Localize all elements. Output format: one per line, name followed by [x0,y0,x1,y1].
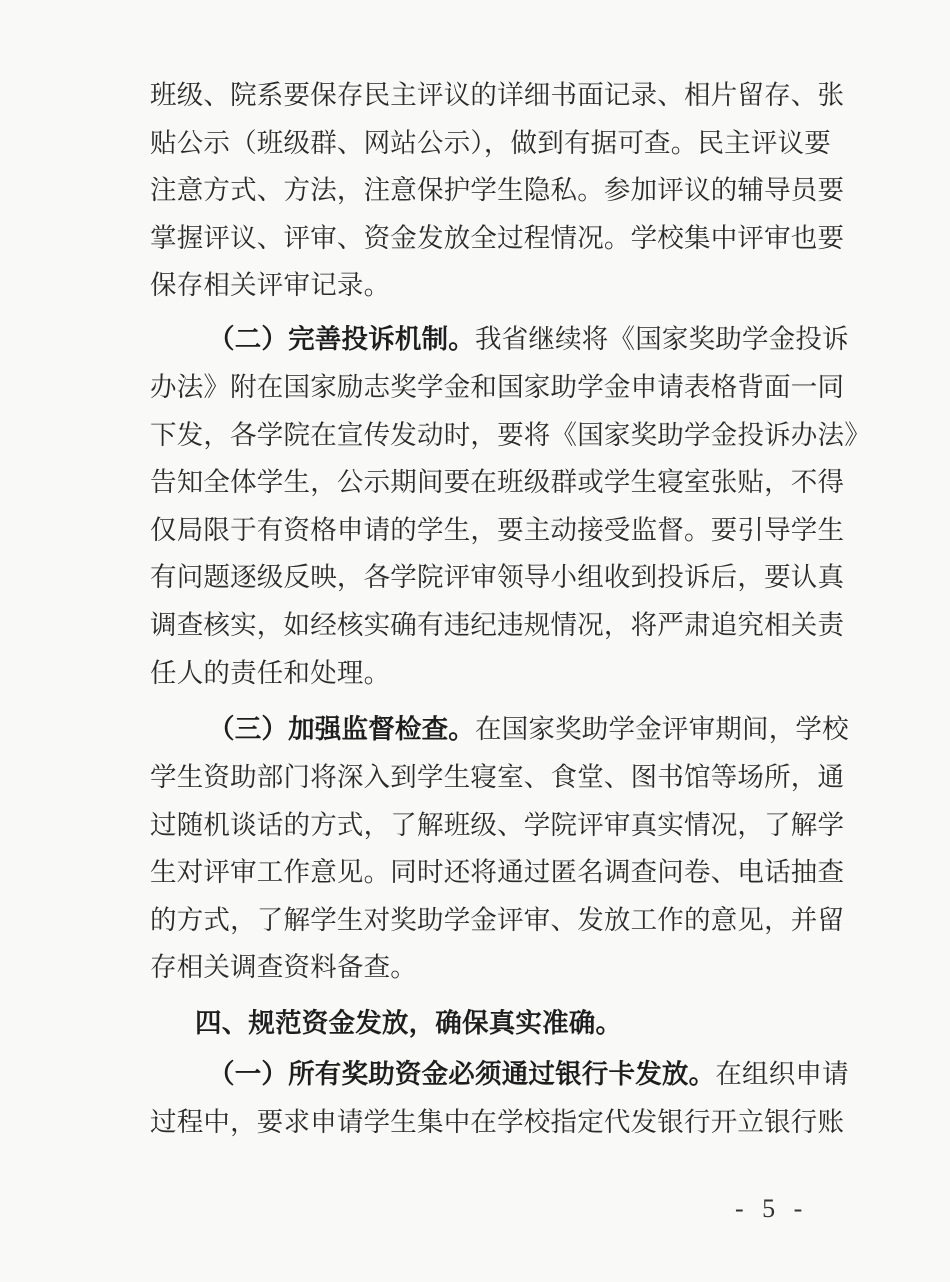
text-line: 办法》附在国家励志奖学金和国家助学金申请表格背面一同 [150,368,810,408]
subsection-heading: （一）所有奖助资金必须通过银行卡发放。 [208,1059,715,1090]
text-line: 贴公示（班级群、网站公示），做到有据可查。民主评议要 [150,124,810,164]
text-run: 在组织申请 [715,1059,849,1090]
subsection-heading: （三）加强监督检查。 [208,714,475,745]
subsection-heading: （二）完善投诉机制。 [208,324,475,355]
page-number: - 5 - [735,1194,808,1224]
text-line: 过程中，要求申请学生集中在学校指定代发银行开立银行账 [150,1103,810,1143]
paragraph-first-line: （一）所有奖助资金必须通过银行卡发放。在组织申请 [208,1055,868,1095]
document-page: 班级、院系要保存民主评议的详细书面记录、相片留存、张 贴公示（班级群、网站公示）… [0,0,950,1282]
text-line: 的方式，了解学生对奖助学金评审、发放工作的意见，并留 [150,901,810,941]
text-line: 保存相关评审记录。 [150,266,810,306]
text-line: 掌握评议、评审、资金发放全过程情况。学校集中评审也要 [150,219,810,259]
text-run: 我省继续将《国家奖助学金投诉 [475,324,849,355]
text-line: 过随机谈话的方式，了解班级、学院评审真实情况，了解学 [150,806,810,846]
paragraph-first-line: （二）完善投诉机制。我省继续将《国家奖助学金投诉 [208,320,868,360]
text-line: 调查核实，如经核实确有违纪违规情况，将严肃追究相关责 [150,606,810,646]
text-line: 班级、院系要保存民主评议的详细书面记录、相片留存、张 [150,76,810,116]
text-line: 仅局限于有资格申请的学生，要主动接受监督。要引导学生 [150,511,810,551]
text-run: 在国家奖助学金评审期间，学校 [475,714,849,745]
paragraph-first-line: （三）加强监督检查。在国家奖助学金评审期间，学校 [208,710,868,750]
text-line: 告知全体学生，公示期间要在班级群或学生寝室张贴，不得 [150,463,810,503]
text-line: 下发，各学院在宣传发动时，要将《国家奖助学金投诉办法》 [150,416,810,456]
text-line: 生对评审工作意见。同时还将通过匿名调查问卷、电话抽查 [150,853,810,893]
text-line: 注意方式、方法，注意保护学生隐私。参加评议的辅导员要 [150,171,810,211]
text-line: 有问题逐级反映，各学院评审领导小组收到投诉后，要认真 [150,558,810,598]
text-line: 任人的责任和处理。 [150,654,810,694]
text-line: 学生资助部门将深入到学生寝室、食堂、图书馆等场所，通 [150,758,810,798]
section-heading: 四、规范资金发放，确保真实准确。 [195,1004,855,1044]
text-line: 存相关调查资料备查。 [150,948,810,988]
